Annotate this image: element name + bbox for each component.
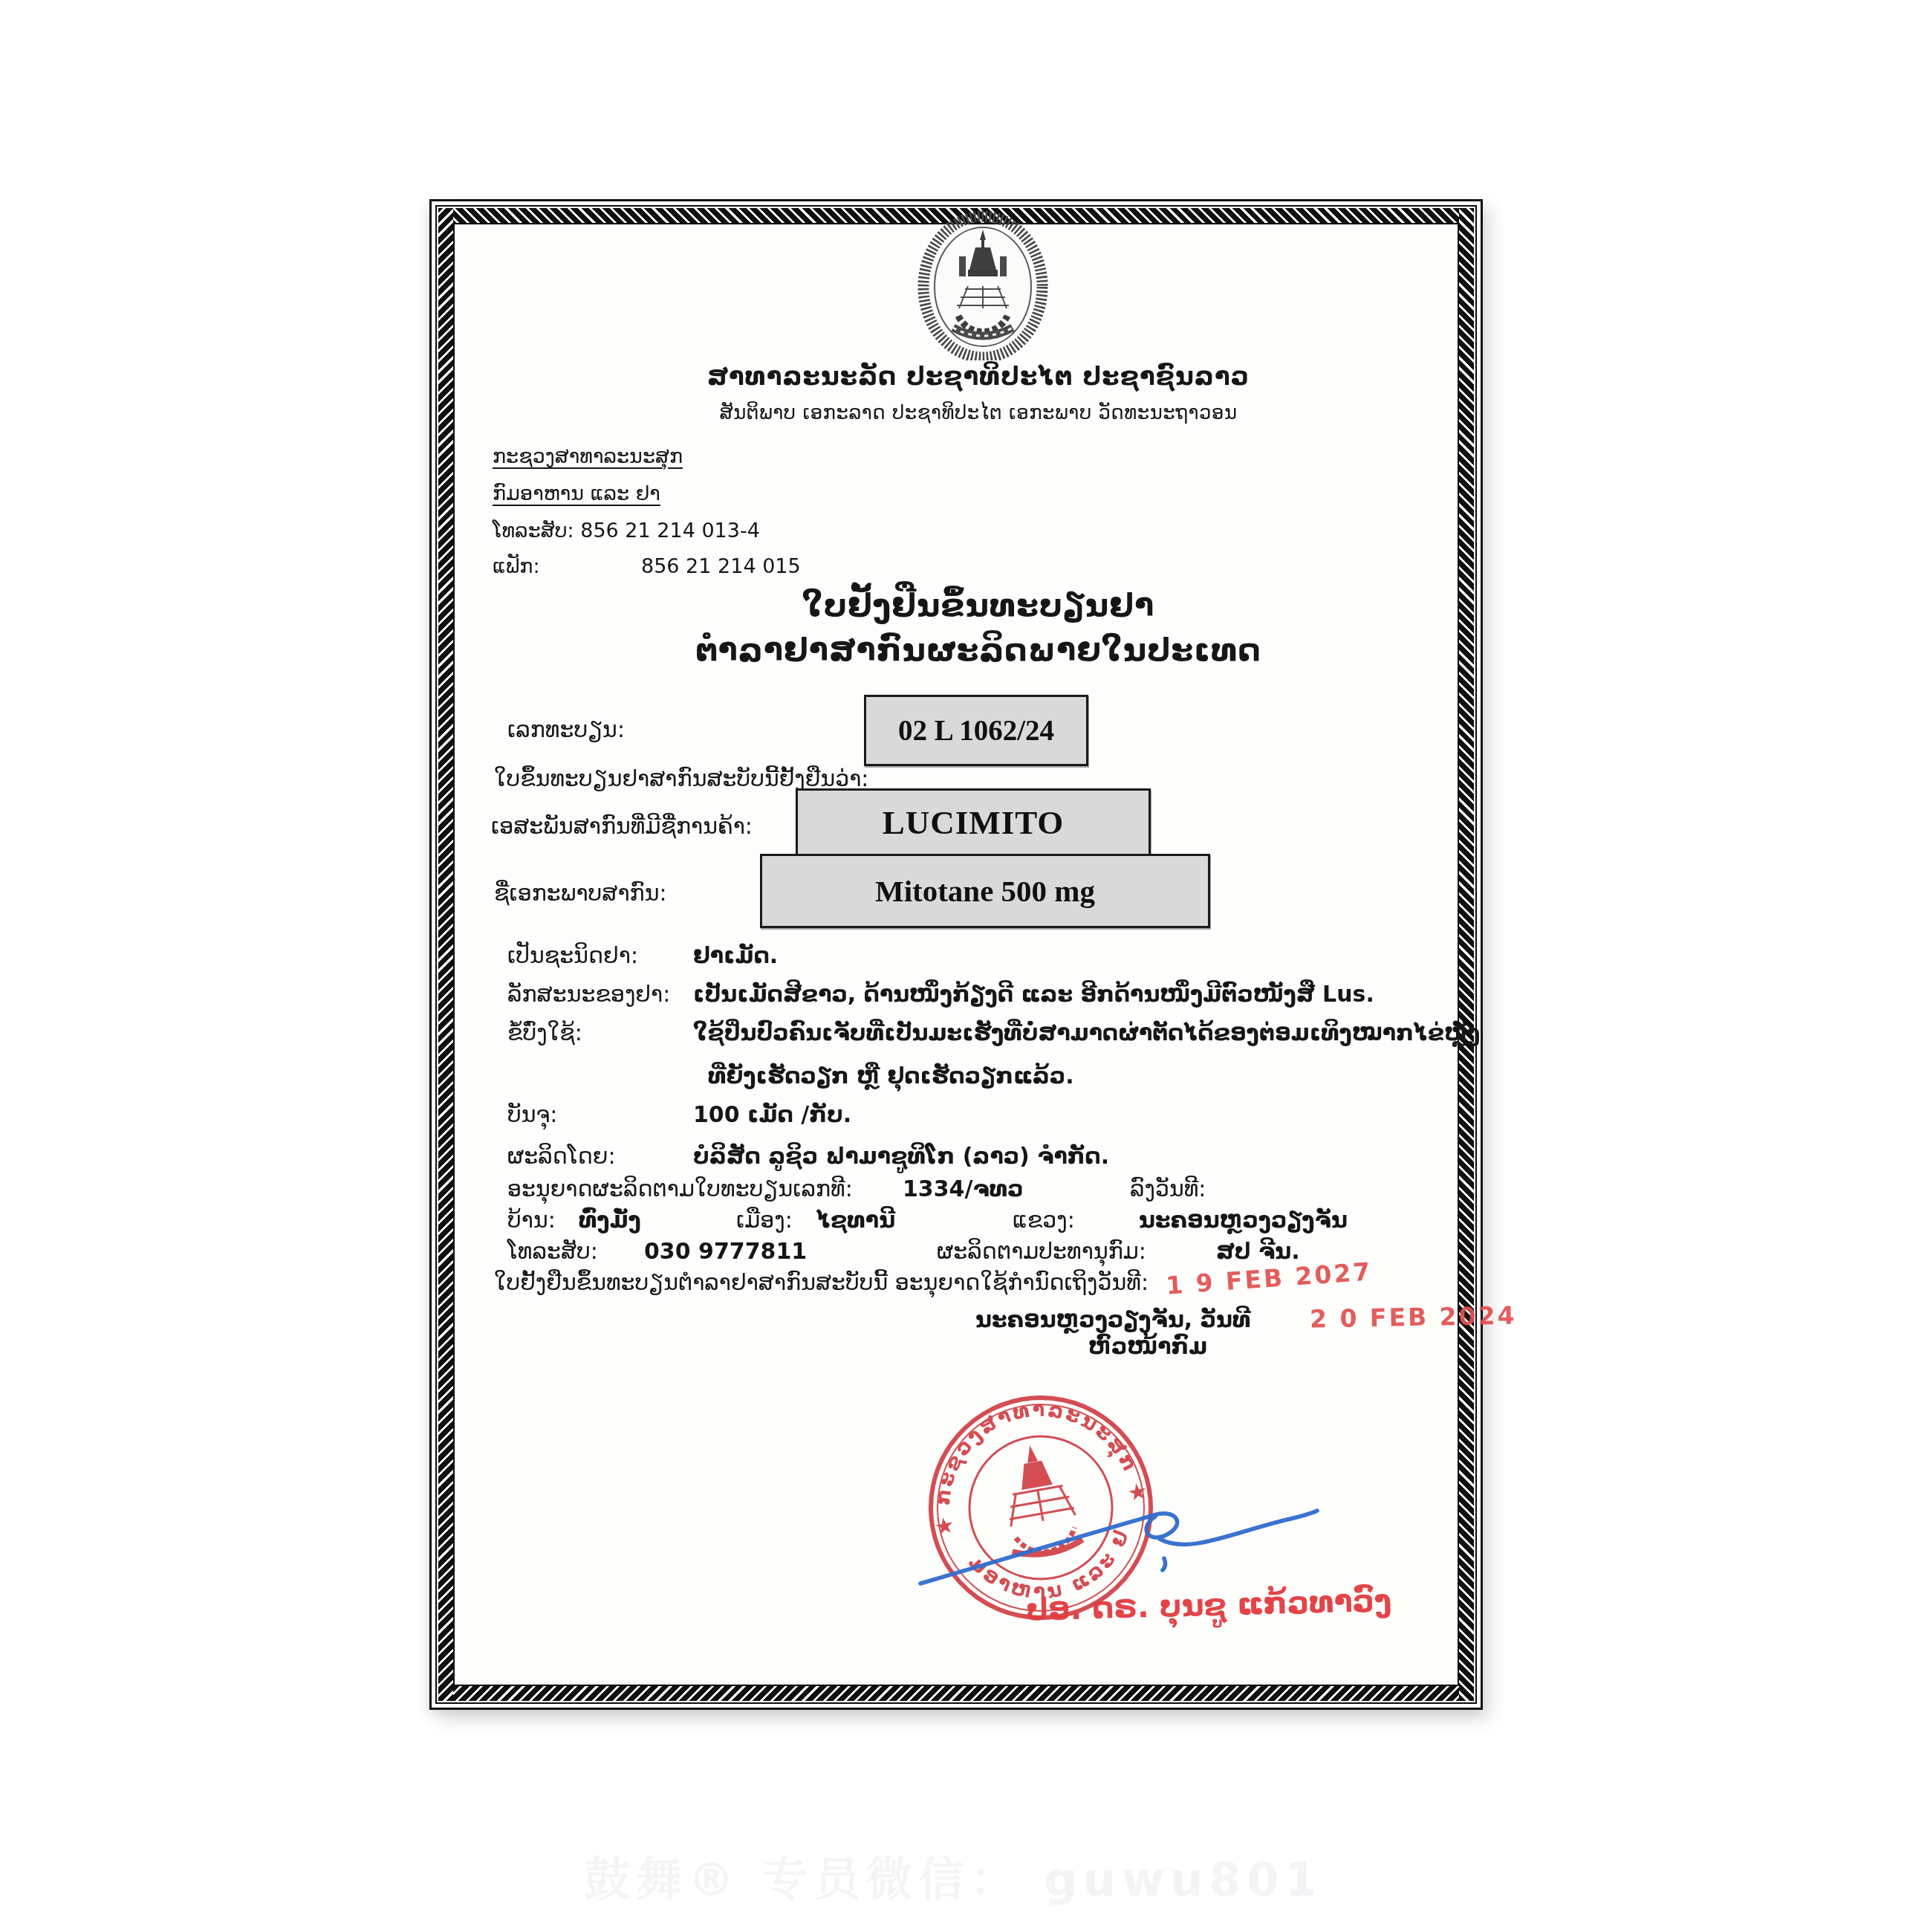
province-label: ແຂວງ: xyxy=(1013,1206,1075,1236)
signer-title: ຫົວໜ້າກົມ xyxy=(1088,1332,1207,1362)
border-zigzag-left xyxy=(438,208,453,1701)
scanned-certificate-canvas: 鼓舞® 专员微信： guwu801 ສາທາລະນະລັດ ປະຊາ xyxy=(0,0,1907,1932)
district-label: ເມືອງ: xyxy=(736,1206,793,1236)
appearance-value: ເປັນເມັດສີຂາວ, ດ້ານໜຶ່ງກ້ຽງດີ ແລະ ອີກດ້າ… xyxy=(693,980,1374,1010)
expiry-date-stamp: 1 9 FEB 2027 xyxy=(1165,1257,1374,1300)
dosage-form-value: ຢາເມັດ. xyxy=(693,941,778,971)
manufacturer-value: ບໍລິສັດ ລູຊິວ ຟາມາຊູທິໂກ (ລາວ) ຈຳກັດ. xyxy=(693,1142,1109,1172)
district-value: ໄຊທານີ xyxy=(816,1206,895,1236)
trade-name-label: ເອສະພັນສາກົນທີ່ມີຊື່ການຄ້າ: xyxy=(491,812,753,842)
phone-line: ໂທລະສັບ: 856 21 214 013-4 xyxy=(493,518,760,545)
license-date-label: ລົງວັນທີ: xyxy=(1130,1175,1206,1205)
national-motto-line: ສັນຕິພາບ ເອກະລາດ ປະຊາທິປະໄຕ ເອກະພາບ ວັດທ… xyxy=(484,401,1473,426)
border-zigzag-right xyxy=(1459,208,1474,1701)
manufacturer-label: ຜະລິດໂດຍ: xyxy=(507,1142,616,1172)
ministry-name: ກະຊວງສາທາລະນະສຸກ xyxy=(493,444,683,470)
registration-number-label: ເລກທະບຽນ: xyxy=(507,716,625,745)
village-label: ບ້ານ: xyxy=(507,1206,556,1236)
document-title-line2: ຕຳລາຢາສາກົນຜະລິດພາຍໃນປະເທດ xyxy=(484,629,1473,672)
generic-name-label: ຊື່ເອກະພາບສາກົນ: xyxy=(494,879,667,909)
manufacture-license-label: ອະນຸຍາດຜະລິດຕາມໃບທະບຽນເລກທີ: xyxy=(507,1175,853,1205)
republic-name-line: ສາທາລະນະລັດ ປະຊາທິປະໄຕ ປະຊາຊົນລາວ xyxy=(484,360,1473,394)
validity-statement-line: ໃບຢັ້ງຢືນຂຶ້ນທະບຽນຕຳລາຢາສາກົນສະບັບນີ້ ອະ… xyxy=(494,1268,1149,1298)
manufacturer-tel-label: ໂທລະສັບ: xyxy=(507,1237,598,1267)
border-zigzag-bottom xyxy=(438,1686,1474,1701)
registration-number-box: 02 L 1062/24 xyxy=(864,695,1088,766)
pack-size-label: ບັນຈຸ: xyxy=(507,1100,557,1130)
indication-value-line2: ທີ່ຍັງເຮັດວຽກ ຫຼື ຢຸດເຮັດວຽກແລ້ວ. xyxy=(708,1062,1074,1092)
village-value: ທົ່ງມັ່ງ xyxy=(579,1206,641,1236)
dosage-form-label: ເປັນຊະນິດຢາ: xyxy=(507,941,638,971)
generic-name-box: Mitotane 500 mg xyxy=(760,854,1210,928)
watermark-text: 鼓舞® 专员微信： guwu801 xyxy=(0,1843,1907,1909)
pack-size-value: 100 ເມັດ /ກັບ. xyxy=(693,1100,851,1130)
document-title-line1: ໃບຢັ້ງຢືນຂຶ້ນທະບຽນຢາ xyxy=(484,585,1473,627)
appearance-label: ລັກສະນະຂອງຢາ: xyxy=(507,980,670,1010)
manufacture-license-number: 1334/ຈທວ xyxy=(903,1175,1024,1205)
fax-value: 856 21 214 015 xyxy=(641,554,801,580)
fax-label: ແຟັກ: xyxy=(493,554,539,580)
indication-label: ຂໍ້ບົ່ງໃຊ້: xyxy=(507,1019,582,1048)
trade-name-box: LUCIMITO xyxy=(796,788,1151,857)
lao-national-emblem-icon xyxy=(916,210,1050,360)
certificate-page: ສາທາລະນະລັດ ປະຊາທິປະໄຕ ປະຊາຊົນລາວ ສັນຕິພ… xyxy=(429,199,1483,1710)
pharmacopoeia-label: ຜະລິດຕາມປະທານຸກົມ: xyxy=(937,1237,1146,1267)
department-name: ກົມອາຫານ ແລະ ຢາ xyxy=(493,481,660,508)
indication-value-line1: ໃຊ້ປິ່ນປົວຄົນເຈັບທີ່ເປັນມະເຮັງທີ່ບໍ່ສາມາ… xyxy=(693,1019,1480,1048)
place-and-date-line: ນະຄອນຫຼວງວຽງຈັນ, ວັນທີ xyxy=(975,1306,1251,1335)
issue-date-stamp: 2 0 FEB 2024 xyxy=(1310,1301,1517,1334)
manufacturer-tel-value: 030 9777811 xyxy=(644,1237,807,1267)
province-value: ນະຄອນຫຼວງວຽງຈັນ xyxy=(1139,1206,1348,1236)
